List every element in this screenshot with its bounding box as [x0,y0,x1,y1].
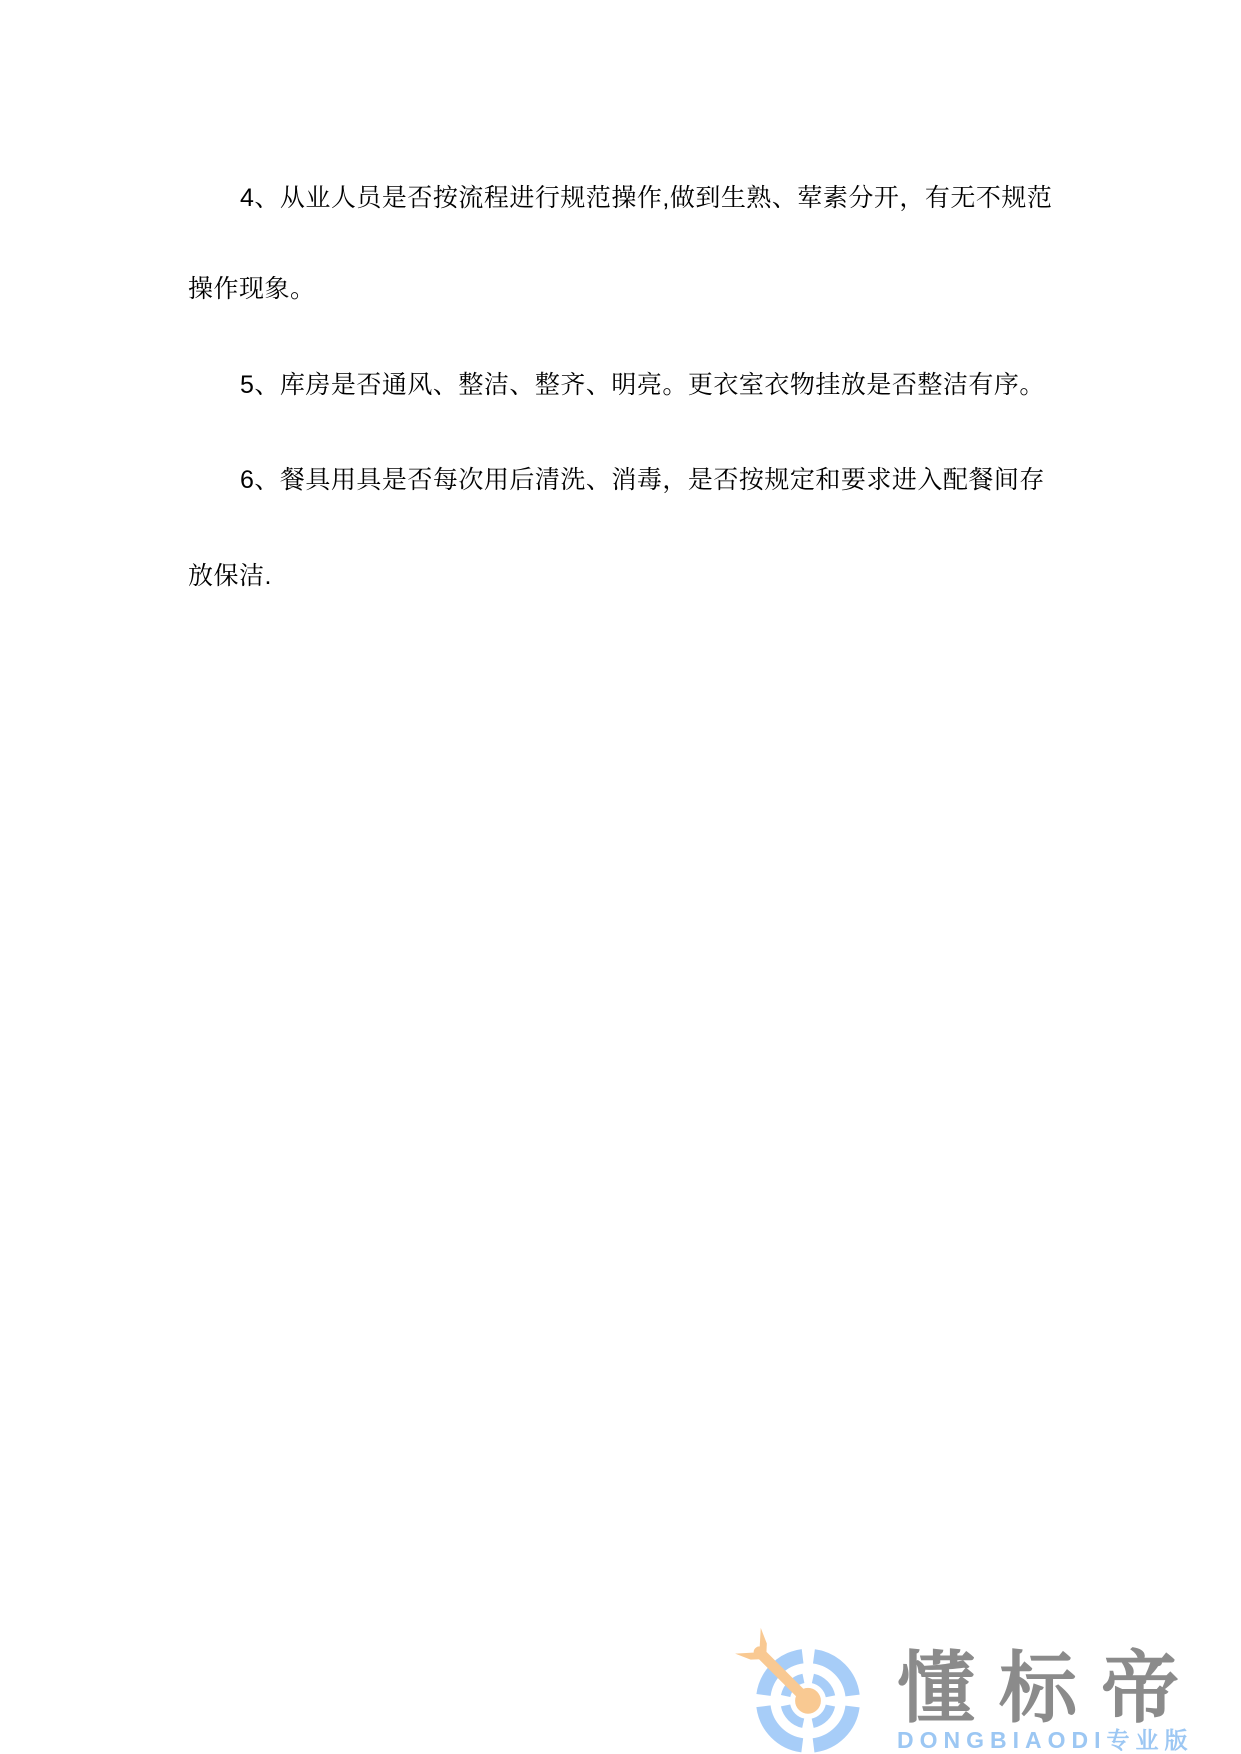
document-page: 4、从业人员是否按流程进行规范操作,做到生熟、荤素分开，有无不规范 操作现象。 … [0,0,1241,1754]
watermark: 懂标帝 DONGBIAODI专业版 [745,1634,1203,1754]
target-dart-icon [745,1634,871,1754]
doc-line-item-4: 4、从业人员是否按流程进行规范操作,做到生熟、荤素分开，有无不规范 [240,185,1052,212]
watermark-text: 懂标帝 DONGBIAODI专业版 [897,1634,1203,1752]
doc-line-item-4-continuation: 操作现象。 [188,276,316,303]
watermark-subtitle: DONGBIAODI专业版 [897,1728,1203,1752]
doc-line-item-5: 5、库房是否通风、整洁、整齐、明亮。更衣室衣物挂放是否整洁有序。 [240,372,1045,399]
watermark-brand-name: 懂标帝 [897,1650,1203,1726]
doc-line-item-6-continuation: 放保洁. [188,563,272,590]
doc-line-item-6: 6、餐具用具是否每次用后清洗、消毒，是否按规定和要求进入配餐间存 [240,467,1045,494]
